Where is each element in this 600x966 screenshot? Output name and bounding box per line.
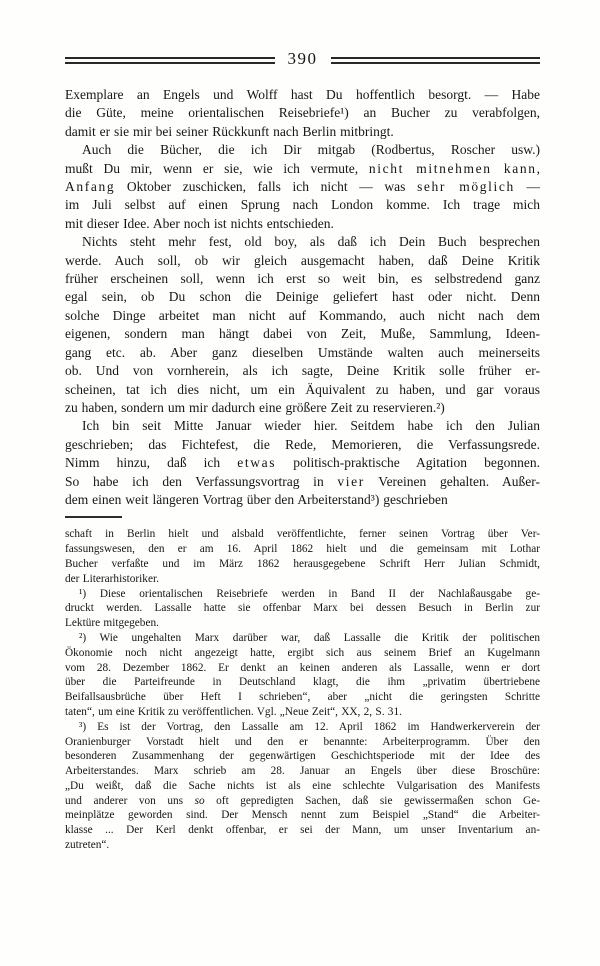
text-line: ²) Wie ungehalten Marx darüber war, daß … [65,631,540,646]
text-line: die Güte, meine orientalischen Reisebrie… [65,104,540,122]
text-line: solche Dinge arbeitet man nicht auf Komm… [65,307,540,325]
paragraph: Nichts steht mehr fest, old boy, als daß… [65,233,540,417]
letterspaced-text: nicht mitnehmen kann [369,161,537,176]
footnote: ¹) Diese orientalischen Reisebriefe werd… [65,587,540,631]
paragraph: Ich bin seit Mitte Januar wieder hier. S… [65,417,540,509]
text-line: zu haben, sondern um mir dadurch eine gr… [65,399,540,417]
text-line: scheinen, tat ich dies nicht, um ein Äqu… [65,381,540,399]
text-line: meinplätze geworden sind. Der Mensch nen… [65,808,540,823]
text-line: zutreten“. [65,838,540,853]
text-line: im Juli selbst auf einen Sprung nach Lon… [65,196,540,214]
italic-text: so [195,795,205,807]
text-line: Oranienburger Vorstadt hielt und den er … [65,735,540,750]
text-line: ob. Und von vornherein, als ich sagte, D… [65,362,540,380]
text-line: ¹) Diese orientalischen Reisebriefe werd… [65,587,540,602]
text-line: Arbeiterstandes. Marx schrieb am 28. Jan… [65,764,540,779]
text-line: mit dieser Idee. Aber noch ist nichts en… [65,215,540,233]
text-line: taten“, um eine Kritik zu veröffentliche… [65,705,540,720]
text-line: der Literarhistoriker. [65,572,540,587]
text-line: damit er sie mir bei seiner Rückkunft na… [65,123,540,141]
page-number: 390 [288,49,318,69]
text-line: werde. Auch soll, ob wir gleich ausgemac… [65,252,540,270]
text-line: Lektüre mitgegeben. [65,616,540,631]
text-line: Bucher verfaßte und im März 1862 herausg… [65,557,540,572]
text-line: und anderer von uns so oft gepredigten S… [65,794,540,809]
text-line: Exemplare an Engels und Wolff hast Du ho… [65,86,540,104]
text-line: Ökonomie noch nicht angezeigt hatte, erg… [65,646,540,661]
text-line: Auch die Bücher, die ich Dir mitgab (Rod… [65,141,540,159]
letterspaced-text: sehr möglich [417,179,515,194]
text-line: Beifallsausbrüche über Heft I schrieben“… [65,690,540,705]
header-rule-left [65,57,275,64]
footnotes: schaft in Berlin hielt und alsbald veröf… [65,527,540,853]
book-page: 390 Exemplare an Engels und Wolff hast D… [0,0,600,966]
paragraph: Auch die Bücher, die ich Dir mitgab (Rod… [65,141,540,233]
letterspaced-text: etwas [237,455,276,470]
text-line: klasse ... Der Kerl denkt offenbar, er s… [65,823,540,838]
text-line: früher erscheinen soll, wenn ich erst so… [65,270,540,288]
letterspaced-text: vier [337,474,364,489]
footnote-separator [65,516,122,518]
text-line: über die Parteifreunde in Deutschland kl… [65,675,540,690]
text-line: dem einen weit längeren Vortrag über den… [65,491,540,509]
header-rule-right [331,57,541,64]
text-line: besonderen Zusammenhang der gegenwärtige… [65,749,540,764]
text-line: fassungswesen, den er am 16. April 1862 … [65,542,540,557]
footnote: schaft in Berlin hielt und alsbald veröf… [65,527,540,586]
text-line: schaft in Berlin hielt und alsbald veröf… [65,527,540,542]
text-line: eigenen, sondern man hängt dabei von Zei… [65,325,540,343]
text-line: gang etc. ab. Aber ganz dieselben Umstän… [65,344,540,362]
text-line: geschrieben; das Fichtefest, die Rede, M… [65,436,540,454]
text-line: So habe ich den Verfassungsvortrag in vi… [65,473,540,491]
text-line: ³) Es ist der Vortrag, den Lassalle am 1… [65,720,540,735]
paragraph: Exemplare an Engels und Wolff hast Du ho… [65,86,540,141]
letterspaced-text: Anfang [65,179,115,194]
text-line: Nichts steht mehr fest, old boy, als daß… [65,233,540,251]
page-header: 390 [65,50,540,70]
text-line: egal sein, ob Du schon die Deinige gelie… [65,288,540,306]
body-text: Exemplare an Engels und Wolff hast Du ho… [65,86,540,509]
text-line: mußt Du mir, wenn er sie, wie ich vermut… [65,160,540,178]
text-line: Anfang Oktober zuschicken, falls ich nic… [65,178,540,196]
text-line: druckt werden. Lassalle hatte sie offenb… [65,601,540,616]
text-line: Nimm hinzu, daß ich etwas politisch-prak… [65,454,540,472]
text-line: „Du weißt, daß die Sache nichts ist als … [65,779,540,794]
footnote: ²) Wie ungehalten Marx darüber war, daß … [65,631,540,720]
text-line: vom 28. Dezember 1862. Er denkt an keine… [65,661,540,676]
text-line: Ich bin seit Mitte Januar wieder hier. S… [65,417,540,435]
footnote: ³) Es ist der Vortrag, den Lassalle am 1… [65,720,540,853]
